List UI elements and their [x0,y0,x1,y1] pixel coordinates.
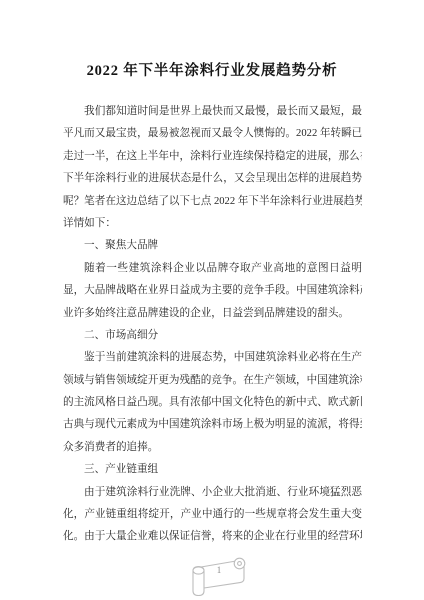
text-line: 平凡而又最宝贵，最易被忽视而又最令人懊悔的。2022 年转瞬已经 [63,123,362,145]
text-line: 二、市场高细分 [63,325,362,347]
text-line: 三、产业链重组 [63,459,362,481]
text-line: 由于建筑涂料行业洗牌、小企业大批消逝、行业环境猛烈恶 [63,482,362,504]
text-line: 详情如下： [63,213,362,235]
text-line: 众多消费者的追捧。 [63,437,362,459]
text-line: 业许多始终注意品牌建设的企业，日益尝到品牌建设的甜头。 [63,303,362,325]
text-line: 一、聚焦大品牌 [63,235,362,257]
text-line: 化，产业链重组将绽开，产业中通行的一些规章将会发生重大变 [63,504,362,526]
text-line: 我们都知道时间是世界上最快而又最慢，最长而又最短，最 [63,101,362,123]
page-number: 1 [205,563,233,577]
text-line: 呢？笔者在这边总结了以下七点 2022 年下半年涂料行业进展趋势， [63,191,362,213]
text-line: 显，大品牌战略在业界日益成为主要的竞争手段。中国建筑涂料产 [63,280,362,302]
document-page: 2022 年下半年涂料行业发展趋势分析 我们都知道时间是世界上最快而又最慢，最长… [0,0,424,600]
text-line: 随着一些建筑涂料企业以品牌夺取产业高地的意图日益明 [63,258,362,280]
text-line: 的主流风格日益凸现。具有浓郁中国文化特色的新中式、欧式新旧 [63,392,362,414]
text-line: 下半年涂料行业的进展状态是什么，又会呈现出怎样的进展趋势 [63,168,362,190]
text-line: 古典与现代元素成为中国建筑涂料市场上极为明显的流派，将得到 [63,414,362,436]
page-title: 2022 年下半年涂料行业发展趋势分析 [0,59,424,80]
page-footer: 1 [181,554,257,598]
text-line: 鉴于当前建筑涂料的进展态势，中国建筑涂料业必将在生产 [63,347,362,369]
text-line: 化。由于大量企业难以保证信誉，将来的企业在行业里的经营环境 [63,526,362,548]
document-body: 我们都知道时间是世界上最快而又最慢，最长而又最短，最平凡而又最宝贵，最易被忽视而… [63,101,362,549]
text-line: 领域与销售领域绽开更为残酷的竞争。在生产领域，中国建筑涂料 [63,370,362,392]
text-line: 走过一半，在这上半年中，涂料行业连续保持稳定的进展，那么在 [63,146,362,168]
